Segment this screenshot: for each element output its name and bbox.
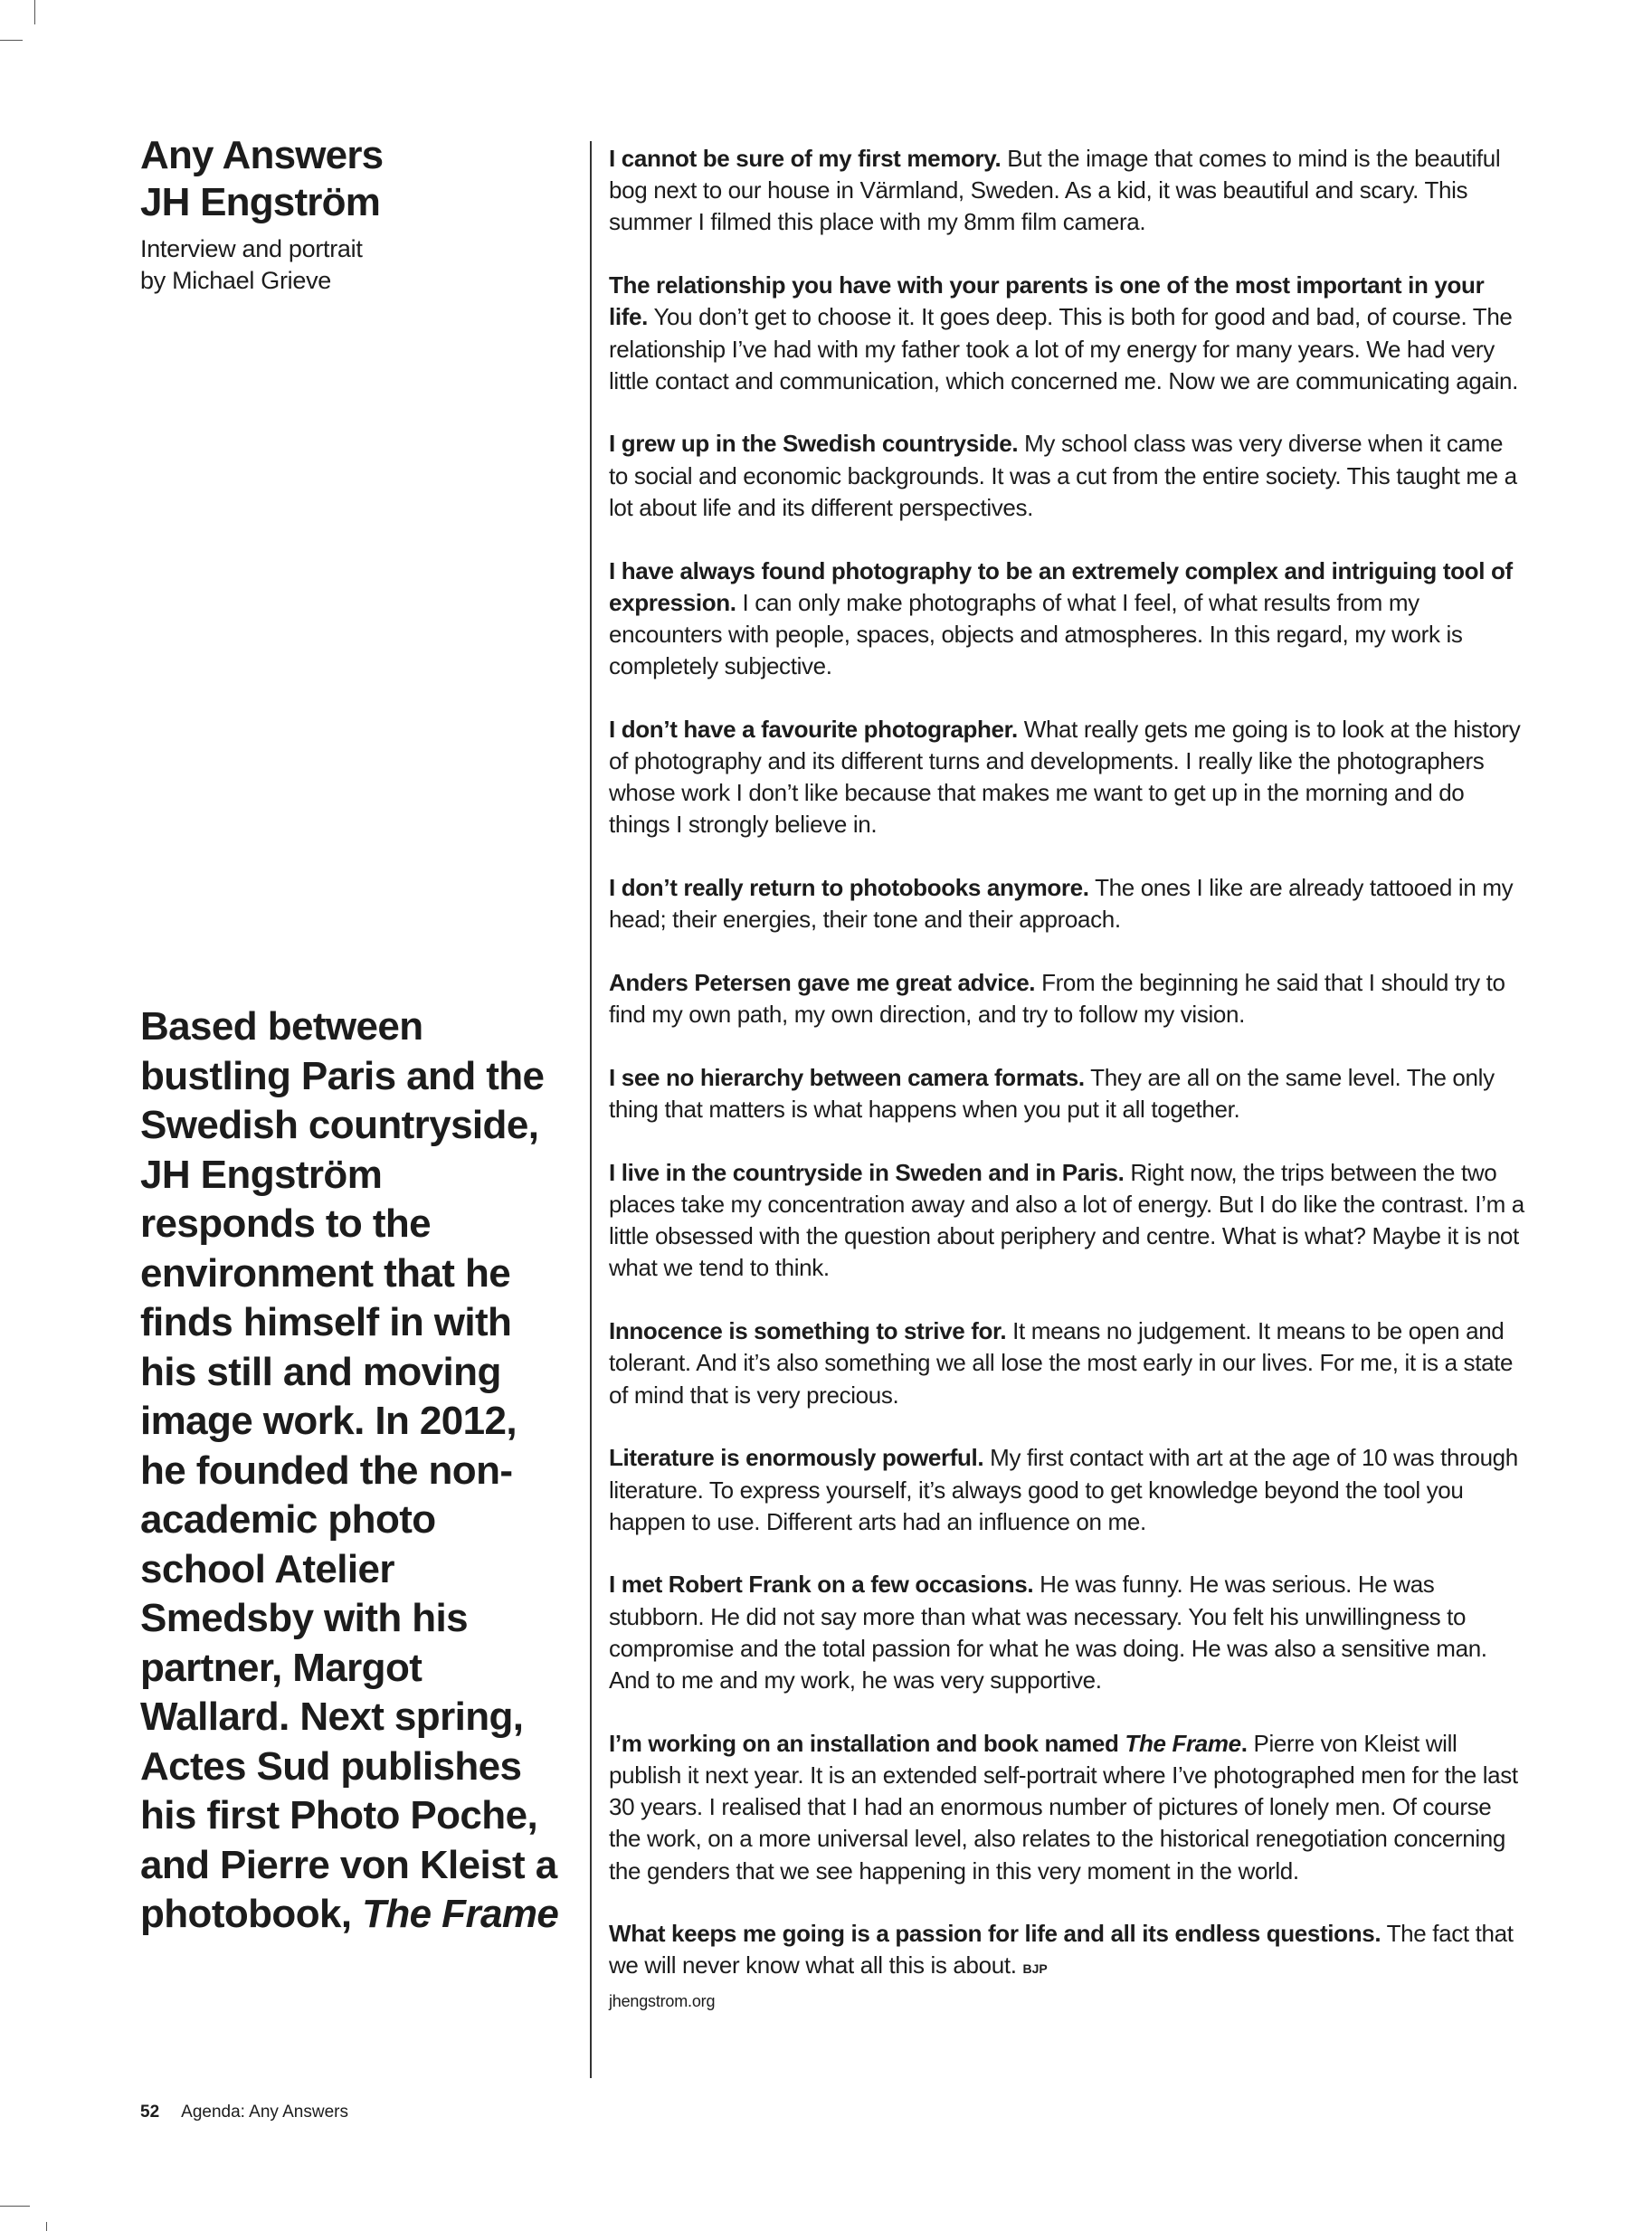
answer-lead: I cannot be sure of my first memory. (609, 145, 1001, 172)
answer-lead: I see no hierarchy between camera format… (609, 1064, 1085, 1091)
answer-lead-book-title: The Frame (1125, 1730, 1240, 1757)
answer-paragraph: I have always found photography to be an… (609, 555, 1527, 683)
answer-lead-before: I’m working on an installation and book … (609, 1730, 1119, 1757)
website-link[interactable]: jhengstrom.org (609, 1991, 1527, 2011)
page-footer: 52 Agenda: Any Answers (140, 2102, 348, 2123)
answer-paragraph: Innocence is something to strive for. It… (609, 1315, 1527, 1411)
crop-mark (0, 40, 23, 41)
column-divider (590, 141, 592, 2078)
section-label: Agenda: Any Answers (181, 2102, 348, 2123)
answer-paragraph: What keeps me going is a passion for lif… (609, 1918, 1527, 1985)
answer-paragraph: I’m working on an installation and book … (609, 1728, 1527, 1887)
answer-lead: Literature is enormously powerful. (609, 1444, 983, 1471)
crop-mark (34, 0, 35, 24)
crop-mark (46, 2222, 47, 2231)
article-title: Any Answers JH Engström (140, 132, 538, 226)
answer-paragraph: I live in the countryside in Sweden and … (609, 1157, 1527, 1285)
byline-line-2: by Michael Grieve (140, 267, 331, 294)
answer-paragraph: I don’t have a favourite photographer. W… (609, 714, 1527, 841)
answer-lead-after: . (1241, 1730, 1248, 1757)
title-line-2: JH Engström (140, 180, 380, 224)
answer-lead: I live in the countryside in Sweden and … (609, 1159, 1124, 1186)
title-line-1: Any Answers (140, 133, 383, 177)
answer-lead: What keeps me going is a passion for lif… (609, 1920, 1381, 1947)
article-header: Any Answers JH Engström Interview and po… (140, 132, 538, 297)
answer-lead: I met Robert Frank on a few occasions. (609, 1571, 1033, 1598)
crop-mark (0, 2206, 30, 2207)
bjp-signoff: BJP (1023, 1961, 1048, 1976)
interview-body: I cannot be sure of my first memory. But… (609, 143, 1527, 2011)
answer-paragraph: Anders Petersen gave me great advice. Fr… (609, 967, 1527, 1030)
answer-paragraph: I don’t really return to photobooks anym… (609, 872, 1527, 935)
page-number: 52 (140, 2102, 159, 2123)
answer-lead: Anders Petersen gave me great advice. (609, 969, 1035, 996)
answer-lead: I don’t have a favourite photographer. (609, 716, 1018, 743)
standfirst: Based between bustling Paris and the Swe… (140, 1002, 565, 1940)
answer-lead: Innocence is something to strive for. (609, 1317, 1006, 1344)
answer-paragraph: I cannot be sure of my first memory. But… (609, 143, 1527, 239)
answer-paragraph: I see no hierarchy between camera format… (609, 1062, 1527, 1125)
answer-lead: I grew up in the Swedish countryside. (609, 430, 1018, 457)
standfirst-book-title: The Frame (362, 1892, 558, 1936)
answer-lead: I’m working on an installation and book … (609, 1730, 1248, 1757)
byline-line-1: Interview and portrait (140, 235, 363, 262)
byline: Interview and portrait by Michael Grieve (140, 233, 538, 297)
answer-paragraph: I met Robert Frank on a few occasions. H… (609, 1569, 1527, 1696)
answer-text: I can only make photographs of what I fe… (609, 589, 1463, 679)
answer-paragraph: The relationship you have with your pare… (609, 270, 1527, 397)
standfirst-text: Based between bustling Paris and the Swe… (140, 1004, 557, 1936)
answer-text: You don’t get to choose it. It goes deep… (609, 303, 1518, 394)
answer-paragraph: I grew up in the Swedish countryside. My… (609, 428, 1527, 524)
answer-lead: I don’t really return to photobooks anym… (609, 874, 1089, 901)
answer-paragraph: Literature is enormously powerful. My fi… (609, 1442, 1527, 1538)
